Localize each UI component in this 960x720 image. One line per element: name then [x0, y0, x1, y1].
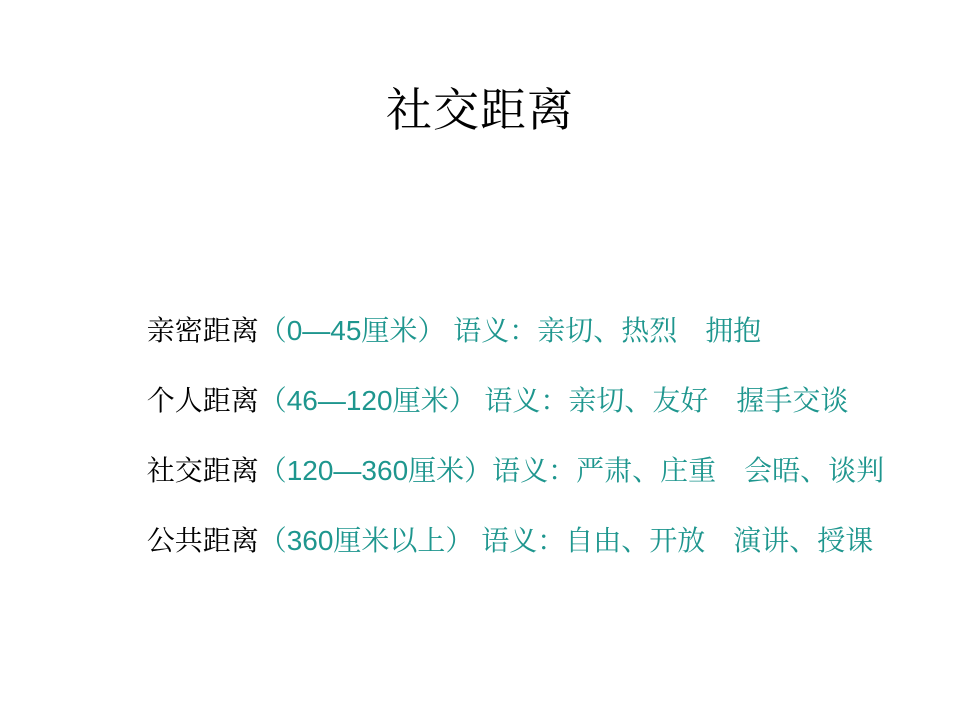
distance-label: 亲密距离 [147, 315, 259, 346]
distance-label: 公共距离 [147, 525, 259, 556]
slide: 社交距离 亲密距离（0—45厘米） 语义：亲切、热烈 拥抱 个人距离（46—12… [0, 0, 960, 720]
distance-detail: （0—45厘米） 语义：亲切、热烈 拥抱 [259, 315, 762, 346]
slide-title: 社交距离 [0, 82, 960, 139]
distance-list: 亲密距离（0—45厘米） 语义：亲切、热烈 拥抱 个人距离（46—120厘米） … [100, 226, 920, 506]
distance-detail: （46—120厘米） 语义：亲切、友好 握手交谈 [259, 385, 849, 416]
distance-label: 个人距离 [147, 385, 259, 416]
distance-detail: （120—360厘米）语义：严肃、庄重 会晤、谈判 [259, 455, 884, 486]
distance-detail: （360厘米以上） 语义：自由、开放 演讲、授课 [259, 525, 874, 556]
list-item-intimate-distance: 亲密距离（0—45厘米） 语义：亲切、热烈 拥抱 [100, 226, 920, 296]
distance-label: 社交距离 [147, 455, 259, 486]
